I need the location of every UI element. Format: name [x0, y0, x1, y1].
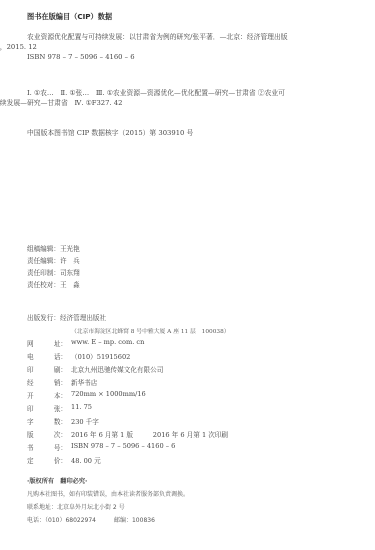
editor-label: 组稿编辑： — [27, 243, 60, 253]
copyright-title: ·版权所有 翻印必究· — [27, 476, 87, 485]
copyright-notice: 凡购本社图书，如有印装错误，由本社读者服务部负责调换。 — [27, 489, 189, 498]
editor-row: 责任校对： 王 淼 — [27, 279, 80, 289]
phone-value: （010）51915602 — [71, 351, 130, 361]
editor-label: 责任编辑： — [27, 255, 60, 265]
detail-row-distributor: 经销： 新华书店 — [27, 377, 97, 387]
publisher-label: 出版发行： — [27, 312, 60, 322]
editor-label: 责任校对： — [27, 279, 60, 289]
editor-value: 司东翔 — [60, 267, 80, 277]
detail-row-edition: 版次： 2016 年 6 月第 1 版 2016 年 6 月第 1 次印刷 — [27, 429, 228, 439]
distributor-value: 新华书店 — [71, 377, 97, 387]
publisher-address: （北京市海淀区北蜂窝 8 号中雅大厦 A 座 11 层 100038） — [71, 326, 230, 335]
publisher-name: 经济管理出版社 — [60, 312, 106, 322]
wordcount-value: 230 千字 — [71, 416, 99, 426]
cip-description: 农业资源优化配置与可持续发展：以甘肃省为例的研究/张平著．—北京：经济管理出版 … — [10, 32, 365, 52]
cip-title: 图书在版编目（CIP）数据 — [27, 12, 112, 22]
copyright-page: 图书在版编目（CIP）数据 农业资源优化配置与可持续发展：以甘肃省为例的研究/张… — [0, 0, 375, 550]
detail-row-phone: 电话： （010）51915602 — [27, 351, 130, 361]
price-value: 48. 00 元 — [71, 455, 101, 465]
detail-row-format: 开本： 720mm × 1000mm/16 — [27, 390, 146, 400]
detail-row-isbn: 书号： ISBN 978 – 7 – 5096 – 4160 – 6 — [27, 442, 175, 452]
cip-isbn: ISBN 978 – 7 – 5096 – 4160 – 6 — [27, 52, 135, 62]
cip-library-record: 中国版本图书馆 CIP 数据核字（2015）第 303910 号 — [27, 128, 193, 138]
detail-row-sheets: 印张： 11. 75 — [27, 403, 92, 413]
printer-value: 北京九州迅驰传媒文化有限公司 — [71, 364, 163, 374]
edition-value: 2016 年 6 月第 1 版 2016 年 6 月第 1 次印刷 — [71, 429, 228, 439]
detail-row-price: 定价： 48. 00 元 — [27, 455, 101, 465]
editor-value: 许 兵 — [60, 255, 80, 265]
cip-classification-line1: Ⅰ. ①农… Ⅱ. ①张… Ⅲ. ①农业资源—资源优化—优化配置—研究—甘肃省 … — [27, 89, 285, 97]
publisher-row: 出版发行： 经济管理出版社 — [27, 312, 106, 322]
editor-row: 责任印制： 司东翔 — [27, 267, 80, 277]
detail-row-printer: 印刷： 北京九州迅驰传媒文化有限公司 — [27, 364, 163, 374]
editor-row: 责任编辑： 许 兵 — [27, 255, 80, 265]
detail-row-website: 网址： www. E – mp. com. cn — [27, 338, 144, 348]
editor-label: 责任印制： — [27, 267, 60, 277]
cip-classification: Ⅰ. ①农… Ⅱ. ①张… Ⅲ. ①农业资源—资源优化—优化配置—研究—甘肃省 … — [10, 88, 365, 108]
detail-row-wordcount: 字数： 230 千字 — [27, 416, 99, 426]
cip-description-line2: 社，2015. 12 — [0, 43, 37, 51]
contact-address: 联系地址：北京阜外月坛北小街 2 号 — [27, 502, 125, 511]
editor-value: 王光艳 — [60, 243, 80, 253]
isbn-value: ISBN 978 – 7 – 5096 – 4160 – 6 — [71, 442, 175, 452]
editor-row: 组稿编辑： 王光艳 — [27, 243, 80, 253]
sheets-value: 11. 75 — [71, 403, 92, 413]
cip-classification-line2: 持续发展—研究—甘肃省 Ⅳ. ①F327. 42 — [0, 99, 122, 107]
website-value: www. E – mp. com. cn — [71, 338, 144, 348]
cip-description-line1: 农业资源优化配置与可持续发展：以甘肃省为例的研究/张平著．—北京：经济管理出版 — [27, 33, 288, 41]
editor-value: 王 淼 — [60, 279, 80, 289]
format-value: 720mm × 1000mm/16 — [71, 390, 146, 400]
contact-phone: 电话：（010）68022974 邮编：100836 — [27, 515, 155, 524]
